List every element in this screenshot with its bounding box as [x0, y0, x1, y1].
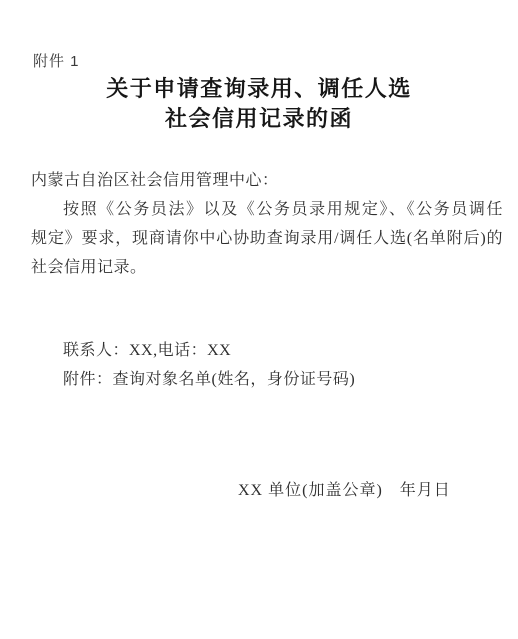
- salutation-line: 内蒙古自治区社会信用管理中心：: [31, 166, 503, 195]
- attachment-note-line: 附件：查询对象名单(姓名，身份证号码): [63, 365, 355, 394]
- paragraph-line-1: 按照《公务员法》以及《公务员录用规定》、《公务员调任: [31, 195, 503, 224]
- letter-body: 内蒙古自治区社会信用管理中心： 按照《公务员法》以及《公务员录用规定》、《公务员…: [31, 166, 503, 282]
- title-line-2: 社会信用记录的函: [0, 104, 518, 134]
- signature-line: XX 单位(加盖公章) 年月日: [238, 477, 451, 500]
- document-page: 附件 1 关于申请查询录用、调任人选 社会信用记录的函 内蒙古自治区社会信用管理…: [0, 0, 518, 639]
- attachment-label: 附件 1: [33, 50, 80, 71]
- document-title: 关于申请查询录用、调任人选 社会信用记录的函: [0, 74, 518, 134]
- contact-line: 联系人：XX,电话：XX: [63, 336, 355, 365]
- paragraph-line-2: 规定》要求，现商请你中心协助查询录用/调任人选(名单附后)的: [31, 224, 503, 253]
- paragraph-line-3: 社会信用记录。: [31, 253, 503, 282]
- contact-block: 联系人：XX,电话：XX 附件：查询对象名单(姓名，身份证号码): [63, 336, 355, 394]
- title-line-1: 关于申请查询录用、调任人选: [0, 74, 518, 104]
